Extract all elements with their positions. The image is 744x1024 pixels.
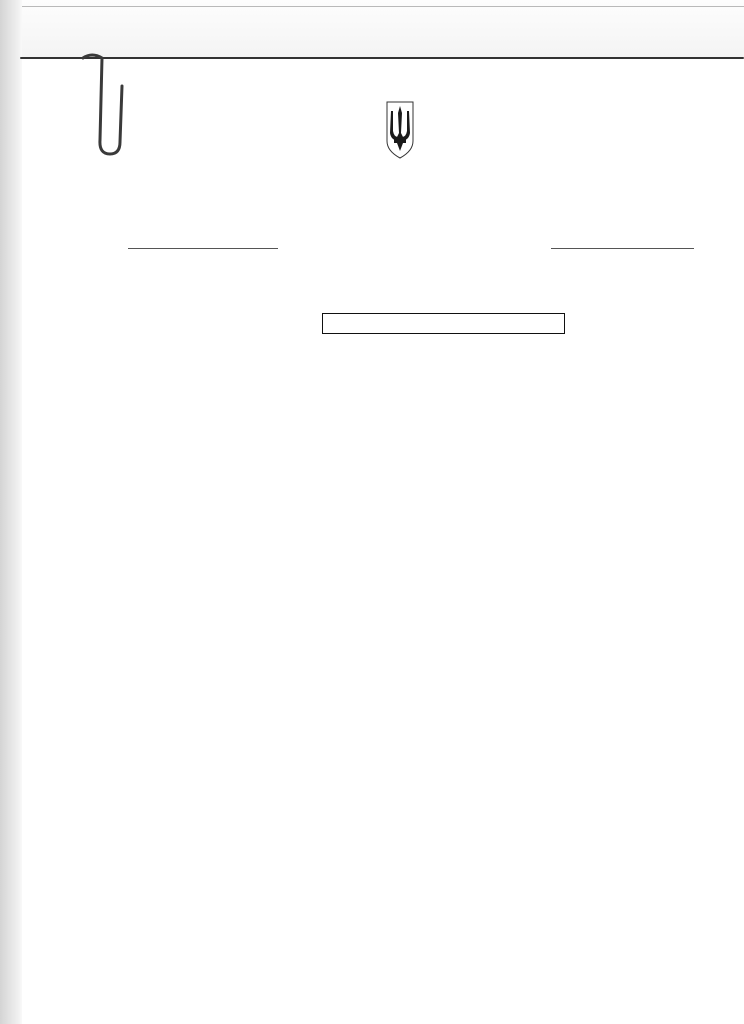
scan-top-edge <box>5 6 744 7</box>
scan-left-shadow <box>0 0 22 1024</box>
date-underline <box>128 248 278 249</box>
paper-clip-icon <box>80 50 130 160</box>
redaction-box <box>322 313 565 334</box>
coat-of-arms-icon <box>386 101 414 159</box>
number-underline <box>551 248 694 249</box>
